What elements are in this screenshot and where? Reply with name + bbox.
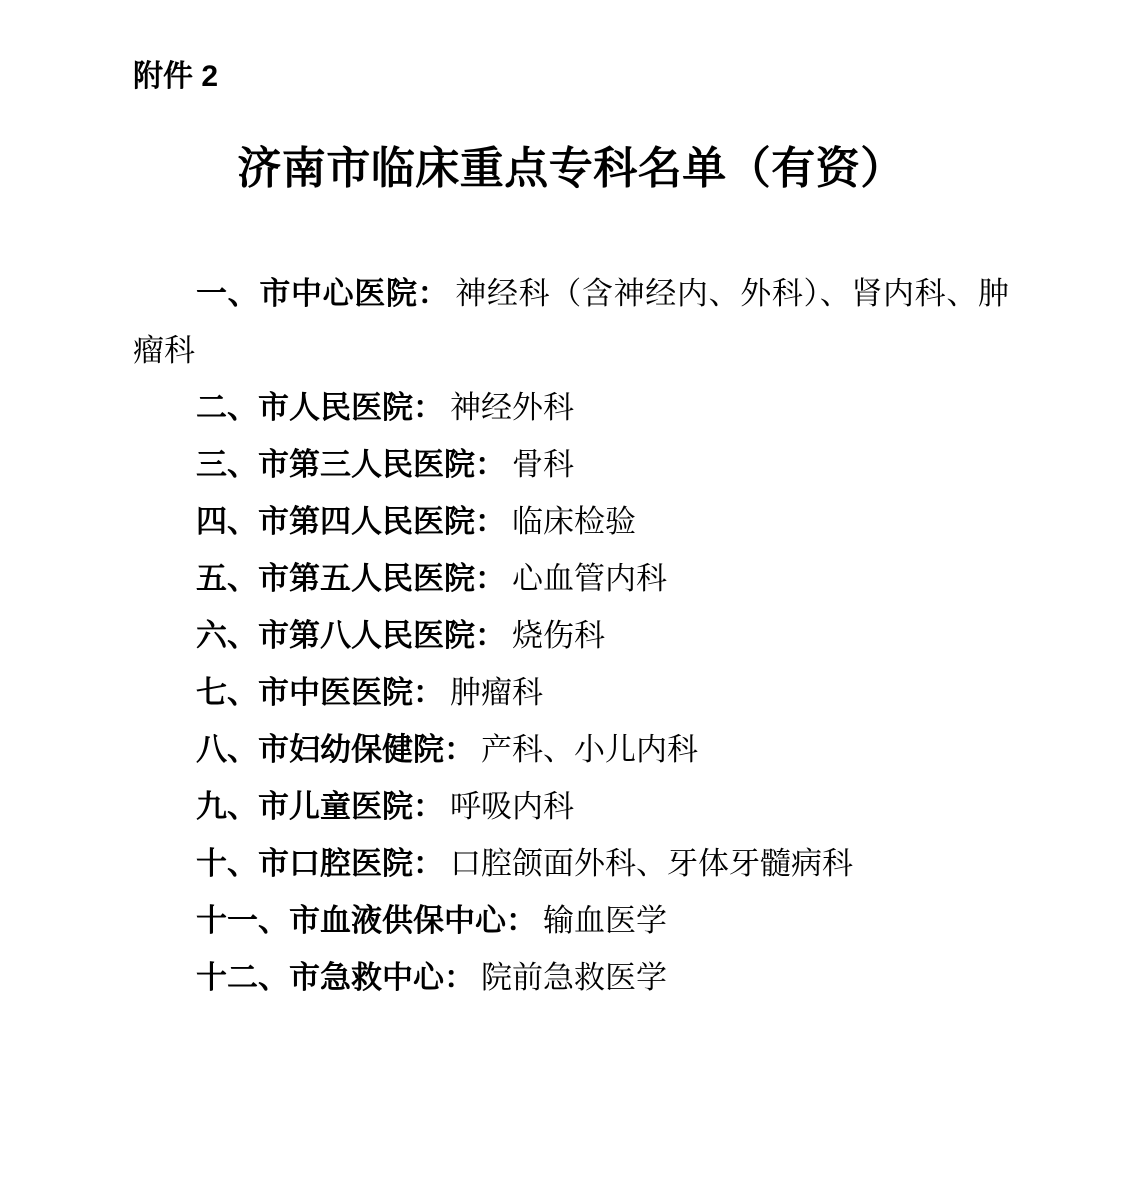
list-item: 三、市第三人民医院：骨科	[133, 436, 1009, 493]
list-item: 四、市第四人民医院：临床检验	[133, 493, 1009, 550]
hospital-label: 四、市第四人民医院：	[196, 504, 506, 539]
specialty-value: 神经外科	[450, 390, 574, 425]
specialty-value: 骨科	[512, 447, 574, 482]
list-item: 六、市第八人民医院：烧伤科	[133, 607, 1009, 664]
document-title: 济南市临床重点专科名单（有资）	[133, 146, 1009, 192]
list-item: 一、市中心医院：神经科（含神经内、外科）、肾内科、肿瘤科	[133, 265, 1009, 379]
hospital-label: 五、市第五人民医院：	[196, 561, 506, 596]
hospital-label: 一、市中心医院：	[196, 276, 449, 311]
hospital-label: 九、市儿童医院：	[196, 789, 444, 824]
attachment-label: 附件 2	[133, 62, 1009, 92]
list-item: 五、市第五人民医院：心血管内科	[133, 550, 1009, 607]
list-item: 十、市口腔医院：口腔颌面外科、牙体牙髓病科	[133, 835, 1009, 892]
specialty-value: 临床检验	[512, 504, 636, 539]
specialty-value: 烧伤科	[512, 618, 605, 653]
hospital-label: 十一、市血液供保中心：	[196, 903, 537, 938]
specialty-list: 一、市中心医院：神经科（含神经内、外科）、肾内科、肿瘤科 二、市人民医院：神经外…	[133, 265, 1009, 1006]
list-item: 十一、市血液供保中心：输血医学	[133, 892, 1009, 949]
list-item: 八、市妇幼保健院：产科、小儿内科	[133, 721, 1009, 778]
hospital-label: 六、市第八人民医院：	[196, 618, 506, 653]
list-item: 九、市儿童医院：呼吸内科	[133, 778, 1009, 835]
document-page: 附件 2 济南市临床重点专科名单（有资） 一、市中心医院：神经科（含神经内、外科…	[0, 0, 1142, 1178]
hospital-label: 八、市妇幼保健院：	[196, 732, 475, 767]
specialty-value: 输血医学	[543, 903, 667, 938]
hospital-label: 十、市口腔医院：	[196, 846, 444, 881]
specialty-value: 呼吸内科	[450, 789, 574, 824]
hospital-label: 十二、市急救中心：	[196, 960, 475, 995]
specialty-value: 产科、小儿内科	[481, 732, 698, 767]
specialty-value: 心血管内科	[512, 561, 667, 596]
hospital-label: 七、市中医医院：	[196, 675, 444, 710]
hospital-label: 三、市第三人民医院：	[196, 447, 506, 482]
list-item: 十二、市急救中心：院前急救医学	[133, 949, 1009, 1006]
specialty-value: 肿瘤科	[450, 675, 543, 710]
specialty-value: 口腔颌面外科、牙体牙髓病科	[450, 846, 853, 881]
list-item: 七、市中医医院：肿瘤科	[133, 664, 1009, 721]
specialty-value: 院前急救医学	[481, 960, 667, 995]
list-item: 二、市人民医院：神经外科	[133, 379, 1009, 436]
hospital-label: 二、市人民医院：	[196, 390, 444, 425]
